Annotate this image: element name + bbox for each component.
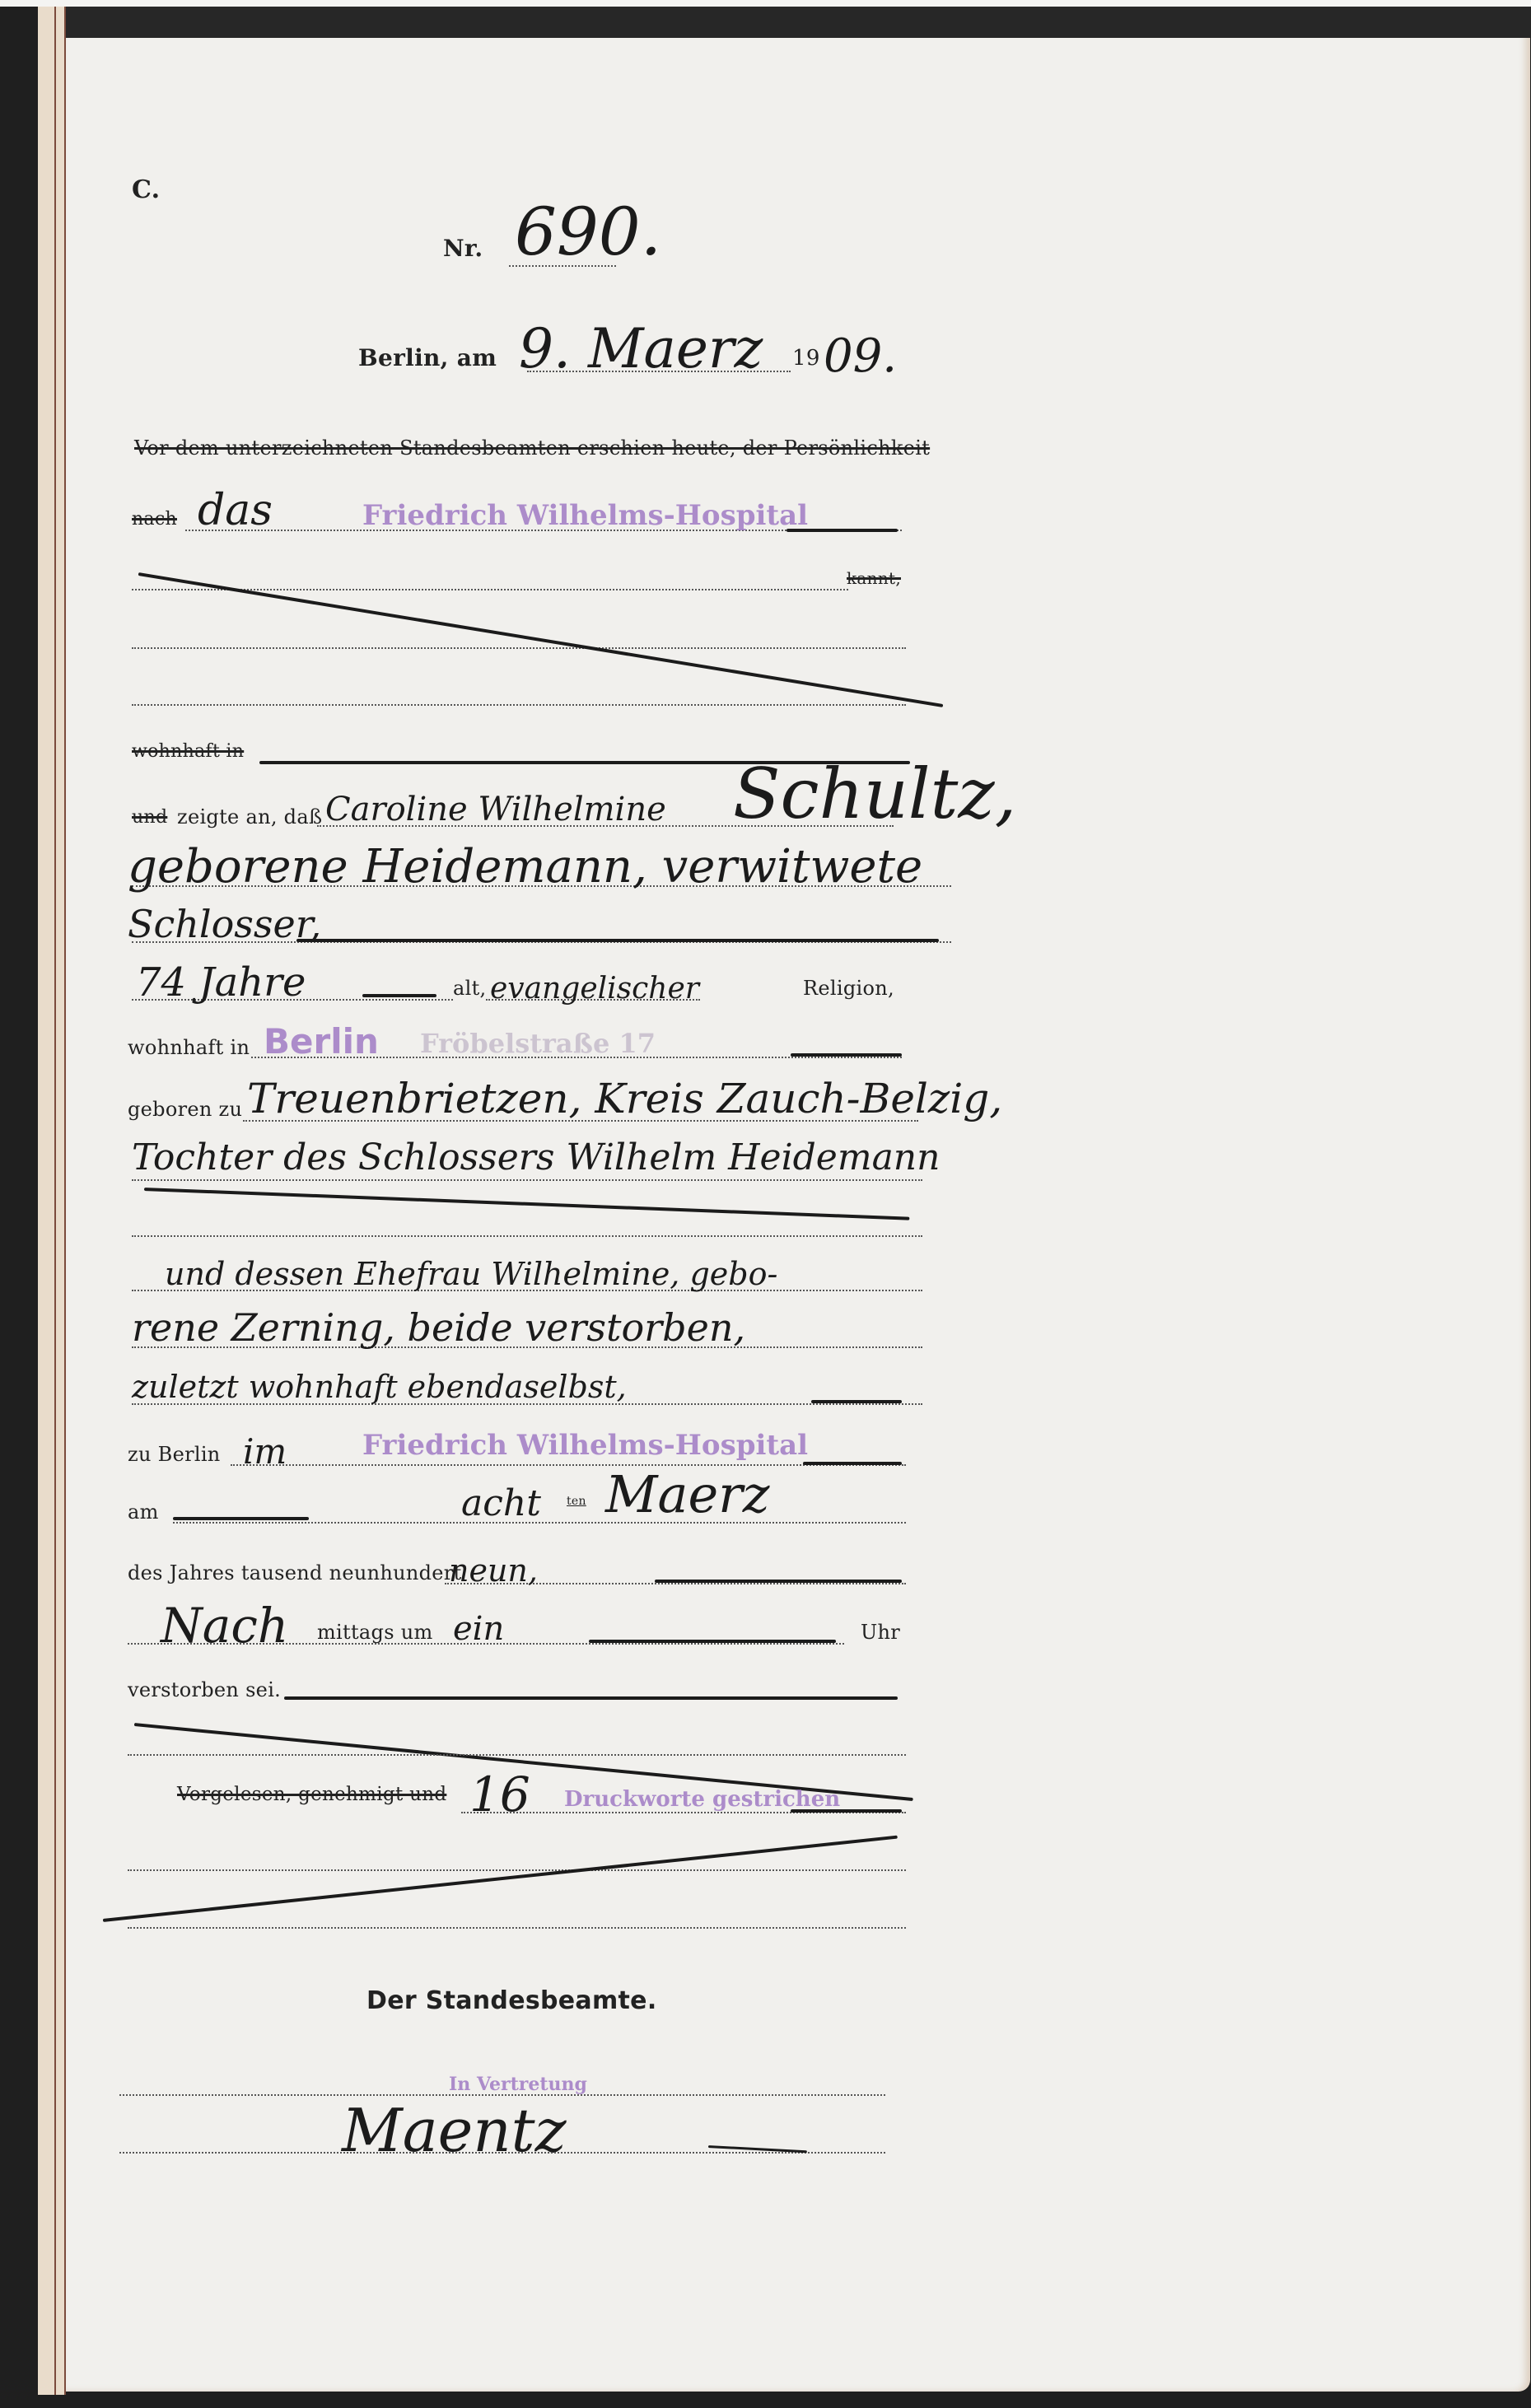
geboren-label: geboren zu: [128, 1098, 242, 1121]
death-month-value: Maerz: [605, 1464, 769, 1524]
strike-through-diagonal: [138, 572, 944, 707]
uhr-label: Uhr: [861, 1621, 900, 1644]
age-value: 74 Jahre: [136, 959, 306, 1006]
birthplace-value: Treuenbrietzen, Kreis Zauch-Belzig,: [247, 1075, 1002, 1122]
alt-label: alt,: [453, 977, 486, 1000]
nach-label: nach: [132, 509, 177, 530]
death-place-value: im: [243, 1431, 287, 1472]
registrar-signature: Maentz: [342, 2096, 567, 2165]
maiden-name-line: geborene Heidemann, verwitwete: [128, 840, 922, 894]
residence-stamp-street: Fröbelstraße 17: [420, 1028, 656, 1059]
death-day-value: acht: [461, 1482, 541, 1524]
place-date-label: Berlin, am: [358, 344, 497, 371]
jahres-label: des Jahres tausend neunhundert: [128, 1561, 462, 1584]
residence-stamp-city: Berlin: [264, 1021, 379, 1062]
mittags-label: mittags um: [317, 1621, 433, 1644]
year-suffix: 09.: [824, 329, 897, 383]
strike-through-diagonal: [144, 1188, 909, 1220]
parents-line-4: zuletzt wohnhaft ebendaselbst,: [132, 1369, 627, 1405]
registration-date: 9. Maerz: [519, 317, 763, 380]
wohnhaft-label: wohnhaft in: [128, 1036, 250, 1059]
deceased-surname: Schultz,: [733, 754, 1016, 834]
death-record-form: C. Nr. 690. Berlin, am 9. Maerz 19 09. V…: [0, 0, 1531, 2408]
religion-value: evangelischer: [490, 972, 699, 1006]
hospital-stamp: Friedrich Wilhelms-Hospital: [362, 499, 808, 532]
nach-value: das: [198, 486, 273, 535]
religion-label: Religion,: [803, 977, 894, 1000]
record-number: 690.: [515, 194, 661, 270]
verstorben-label: verstorben sei.: [128, 1678, 281, 1701]
number-label: Nr.: [443, 235, 483, 262]
parents-line-2: und dessen Ehefrau Wilhelmine, gebo-: [165, 1256, 777, 1292]
form-letter: C.: [132, 175, 160, 204]
und-struck-label: und: [132, 807, 167, 828]
deputy-stamp: In Vertretung: [449, 2074, 587, 2095]
death-year-value: neun,: [449, 1552, 538, 1589]
official-title: Der Standesbeamte.: [366, 1986, 657, 2015]
wohnhaft-struck-label: wohnhaft in: [132, 741, 244, 762]
parents-line-3: rene Zerning, beide verstorben,: [132, 1305, 745, 1350]
druckworte-stamp: Druckworte gestrichen: [564, 1787, 840, 1812]
year-prefix: 19: [792, 346, 820, 371]
vorgelesen-struck-label: Vorgelesen, genehmigt und: [177, 1784, 446, 1805]
zu-berlin-label: zu Berlin: [128, 1443, 221, 1466]
parents-line-1: Tochter des Schlossers Wilhelm Heidemann: [132, 1136, 940, 1178]
deceased-given-names: Caroline Wilhelmine: [325, 791, 666, 828]
struck-intro-line: Vor dem unterzeichneten Standesbeamten e…: [134, 436, 930, 460]
am-label: am: [128, 1500, 159, 1524]
struck-word-count: 16: [469, 1766, 530, 1822]
zeigte-an-label: zeigte an, daß: [177, 805, 322, 828]
death-place-stamp: Friedrich Wilhelms-Hospital: [362, 1429, 808, 1462]
occupation-line: Schlosser,: [128, 902, 321, 946]
strike-through-diagonal: [103, 1836, 898, 1922]
hour-value: ein: [453, 1610, 504, 1648]
ten-suffix: ten: [567, 1495, 586, 1508]
time-prefix-value: Nach: [161, 1598, 288, 1654]
kannt-label: kannt,: [847, 568, 901, 588]
